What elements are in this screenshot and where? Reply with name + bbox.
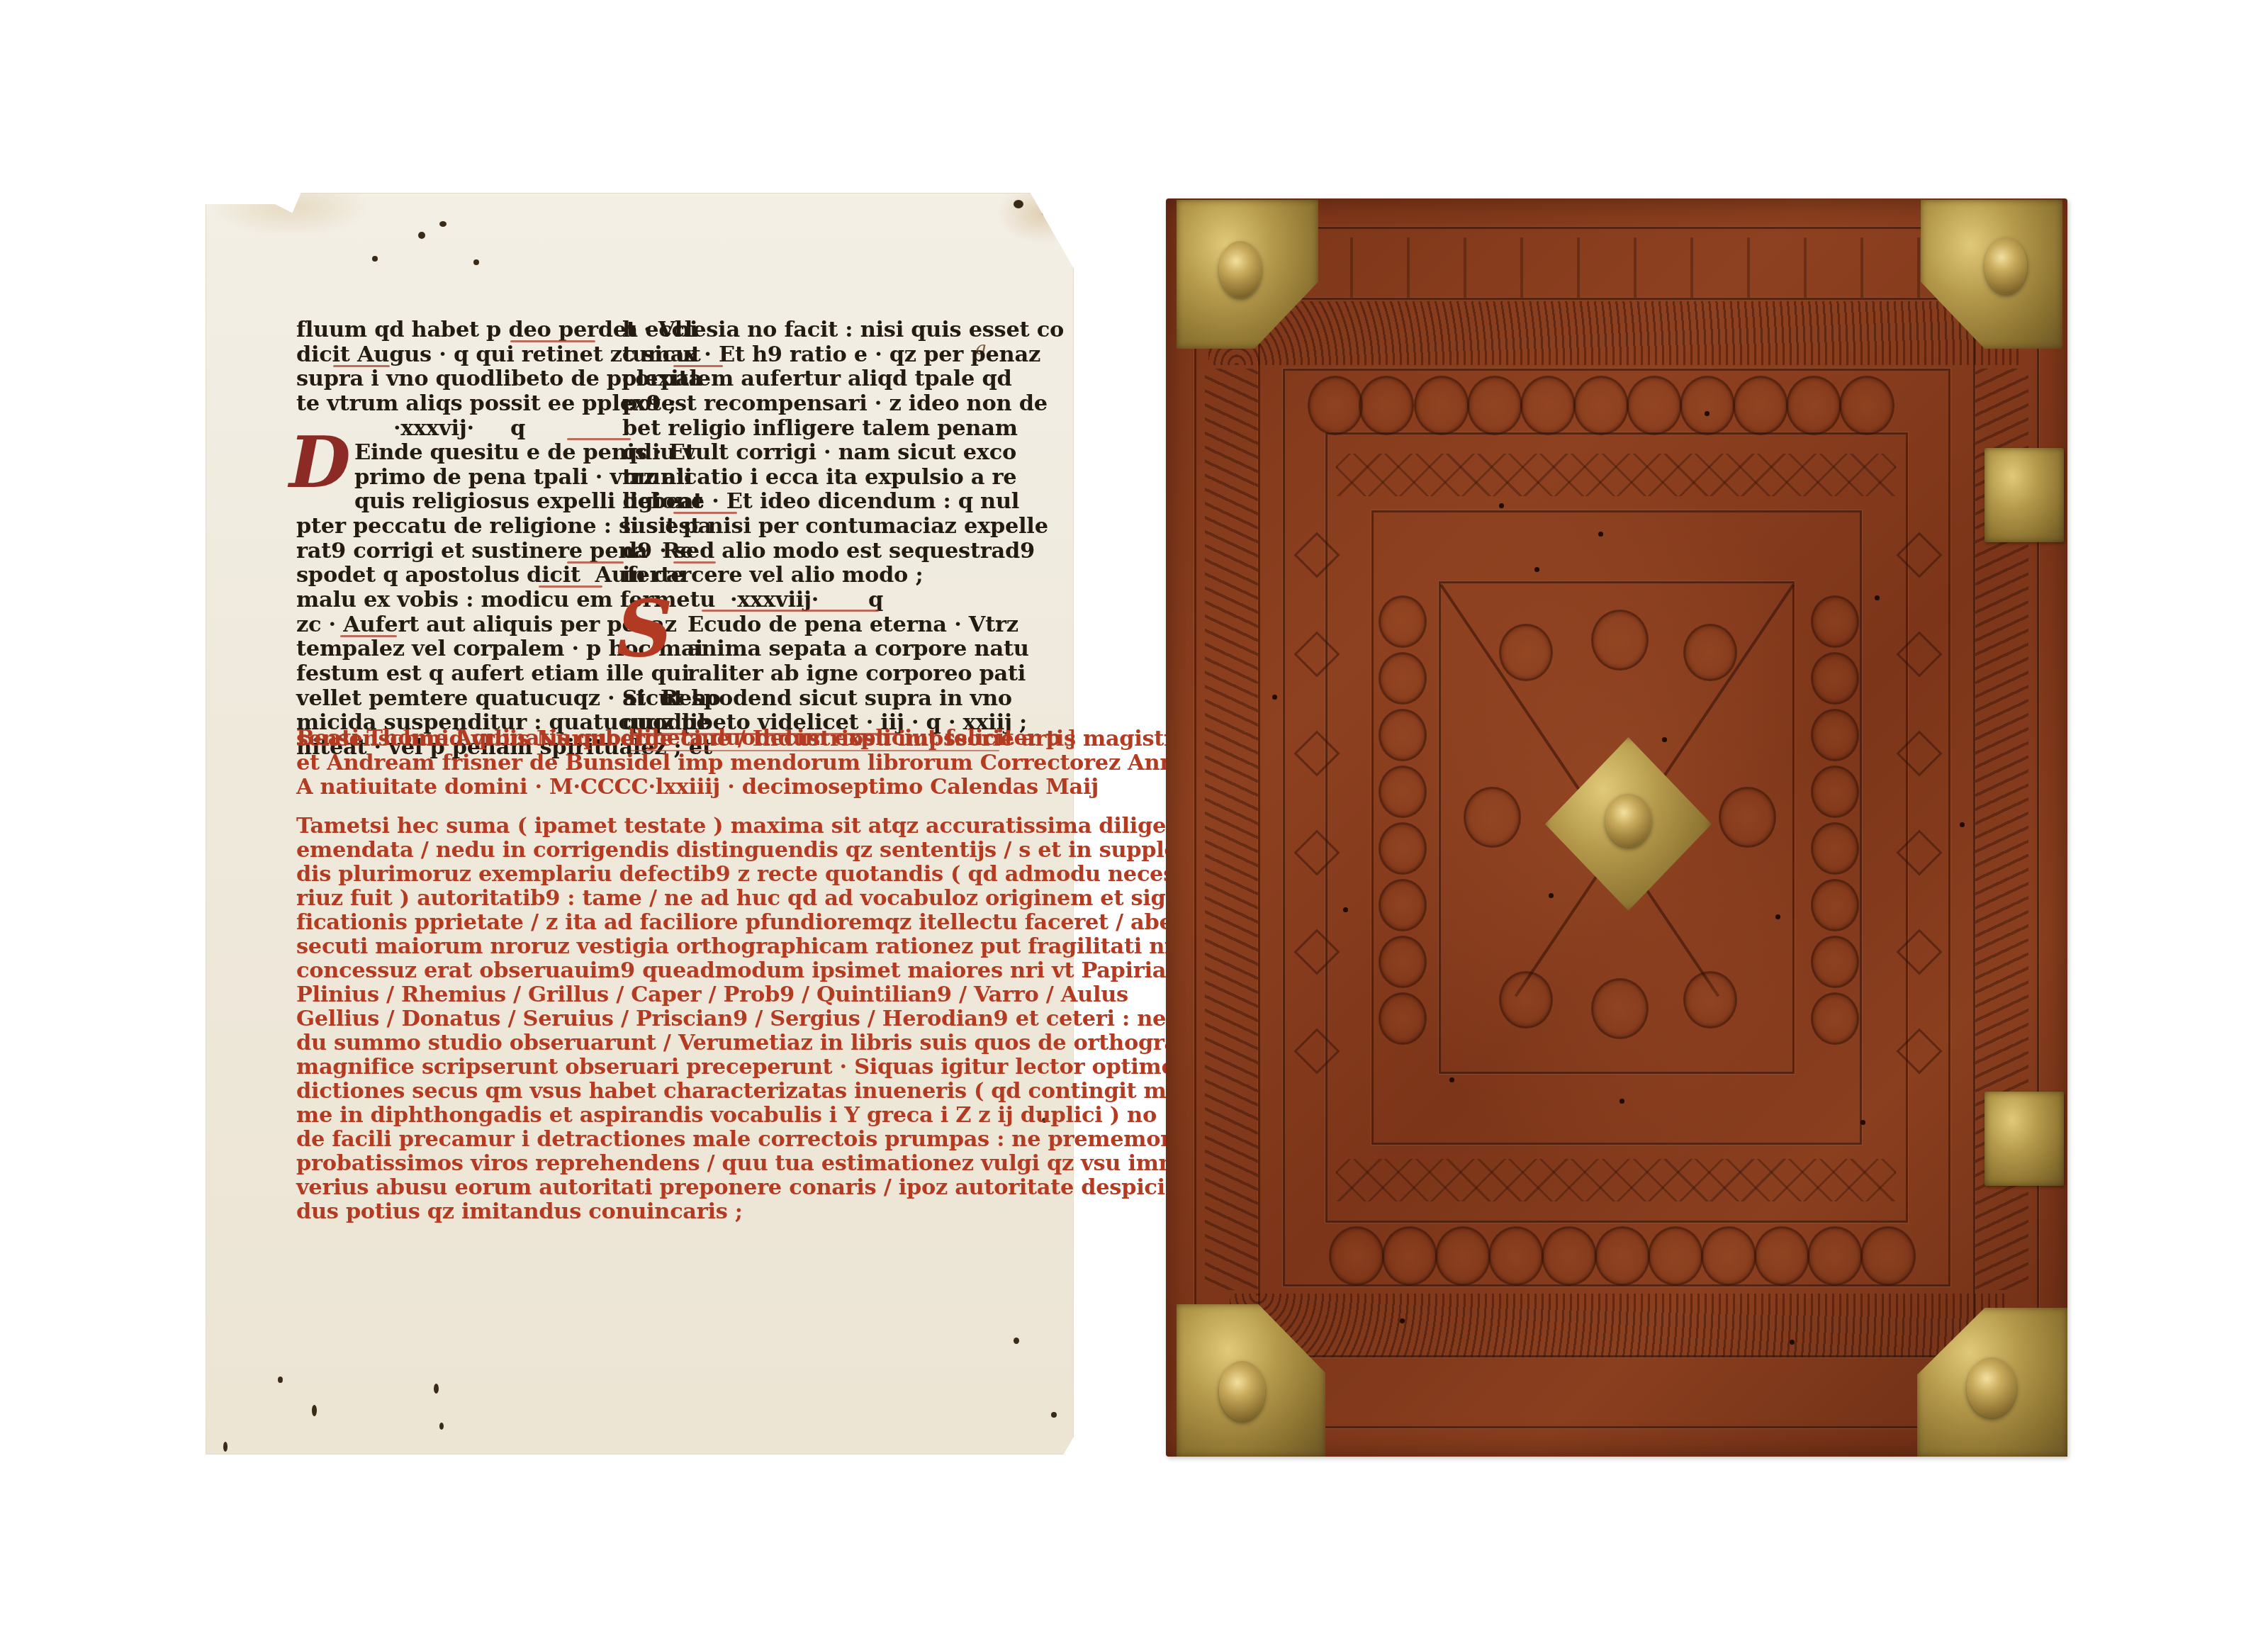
wormhole [372, 256, 378, 262]
animal-roundel [1807, 1226, 1863, 1286]
animal-roundel [1595, 1226, 1650, 1286]
question-number: ·xxxvij· [393, 416, 474, 441]
animal-roundel [1701, 1226, 1756, 1286]
epilogue-line: du summo studio obseruarunt / Verumetiaz… [296, 1031, 1230, 1055]
epilogue-line: de facili precamur i detractiones male c… [296, 1127, 1221, 1152]
animal-roundel [1520, 376, 1576, 435]
text-line: bet religio infligere talem penam [622, 416, 1018, 441]
animal-roundel [1733, 376, 1788, 435]
wormhole [439, 1423, 444, 1430]
clasp-catch-upper [1984, 448, 2064, 542]
wormhole [418, 232, 425, 239]
text-line: corpalem aufertur aliqd tpale qd [622, 366, 1011, 391]
animal-roundel [1542, 1226, 1597, 1286]
clasp-catch-lower [1984, 1092, 2064, 1186]
rosette-roundel [1811, 879, 1859, 931]
wormhole [1598, 532, 1603, 537]
rubric-underline [539, 585, 602, 588]
figure-roundel [1719, 787, 1776, 848]
animal-roundel [1648, 1226, 1703, 1286]
animal-roundel [1754, 1226, 1809, 1286]
lozenge-band [1336, 1159, 1896, 1201]
animal-roundel [1627, 376, 1682, 435]
epilogue-line: dis plurimoruz exemplariu defectib9 z re… [296, 862, 1201, 887]
wormhole [1042, 207, 1053, 217]
rubric-underline [673, 365, 723, 367]
wormhole [1705, 411, 1710, 416]
animal-roundel [1573, 376, 1629, 435]
corner-boss [1219, 1361, 1265, 1421]
animal-roundel [1680, 376, 1735, 435]
lozenge-band [1336, 454, 1896, 496]
epilogue-line: dictiones secus qm vsus habet characteri… [296, 1079, 1201, 1104]
epilogue-line: emendata / nedu in corrigendis distingue… [296, 838, 1193, 863]
rosette-roundel [1379, 879, 1427, 931]
palmette-band [1208, 301, 2023, 365]
wormhole [1790, 1340, 1795, 1345]
side-band-left [1205, 369, 1258, 1290]
animal-roundel [1467, 376, 1522, 435]
text-line: anima sepata a corpore natu [687, 637, 1029, 661]
rosette-roundel [1499, 971, 1553, 1029]
text-line: Ecudo de pena eterna · Vtrz [687, 612, 1018, 637]
rosette-roundel [1811, 992, 1859, 1045]
corner-boss [1219, 241, 1262, 298]
rosette-roundel [1811, 766, 1859, 818]
wormhole [1619, 1099, 1624, 1104]
text-line: tumax · Et h9 ratio e · qz per penaz [622, 342, 1040, 367]
text-line: d9 · sed alio modo est sequestrad9 [622, 539, 1035, 564]
epilogue-line: concessuz erat obseruauim9 queadmodum ip… [296, 958, 1211, 983]
figure-roundel [1464, 787, 1521, 848]
rosette-roundel [1811, 936, 1859, 988]
epilogue-line: verius abusu eorum autoritati preponere … [296, 1175, 1194, 1200]
rubric-underline [567, 438, 631, 440]
wormhole [434, 1384, 439, 1394]
wormhole [1014, 200, 1023, 208]
rubric-underline [702, 610, 879, 612]
wormhole [1549, 893, 1554, 898]
wormhole [1775, 914, 1780, 919]
wormhole [223, 1442, 228, 1452]
colophon-line: et Andream frisner de Bunsidel imp mendo… [296, 751, 1189, 775]
rosette-roundel [1811, 652, 1859, 705]
text-line: te vtrum aliqs possit ee pplex9 ; [296, 391, 676, 416]
wormhole [1960, 822, 1965, 827]
animal-roundel [1329, 1226, 1384, 1286]
animal-roundel [1382, 1226, 1437, 1286]
text-line: qdiu vult corrigi · nam sicut exco [622, 440, 1016, 465]
rubric-underline [567, 561, 624, 564]
epilogue-line: probatissimos viros reprehendens / quu t… [296, 1151, 1195, 1176]
animal-roundel [1488, 1226, 1544, 1286]
rosette-roundel [1379, 822, 1427, 875]
fleur-de-lis-band [1265, 237, 1967, 298]
rubric-underline [333, 365, 390, 367]
epilogue-line: Tametsi hec suma ( ipamet testate ) maxi… [296, 814, 1197, 839]
text-line: ligione · Et ideo dicendum : q nul [622, 489, 1019, 514]
wormhole [312, 1405, 317, 1416]
epilogue-line: riuz fuit ) autoritatib9 : tame / ne ad … [296, 886, 1189, 911]
initial-letter: S [617, 590, 673, 668]
animal-roundel [1860, 1226, 1916, 1286]
wormhole [1343, 907, 1348, 912]
text-line: at Respodend sicut supra in vno [622, 686, 1012, 711]
wormhole [1014, 1338, 1019, 1344]
text-line: municatio i ecca ita expulsio a re [622, 465, 1016, 490]
rubric-underline [673, 512, 737, 514]
rosette-roundel [1379, 652, 1427, 705]
wormhole [1051, 1412, 1057, 1418]
rosette-roundel [1811, 595, 1859, 648]
epilogue-line: me in diphthongadis et aspirandis vocabu… [296, 1103, 1157, 1128]
rosette-roundel [1811, 709, 1859, 761]
wormhole [1534, 567, 1539, 572]
wormhole [1860, 1120, 1865, 1125]
animal-roundel [1786, 376, 1841, 435]
figure-roundel [1591, 610, 1649, 671]
wormhole [1875, 595, 1880, 600]
epilogue-line: secuti maiorum nroruz vestigia orthograp… [296, 934, 1189, 959]
wormhole [893, 1469, 897, 1474]
rosette-roundel [1379, 766, 1427, 818]
rosette-roundel [1379, 936, 1427, 988]
wormhole [1499, 503, 1504, 508]
wormhole [473, 259, 479, 265]
rubric-underline [510, 340, 595, 342]
animal-roundel [1839, 376, 1894, 435]
epilogue-line: dus potius qz imitandus conuincaris ; [296, 1199, 743, 1224]
rosette-roundel [1379, 992, 1427, 1045]
figure-roundel [1591, 978, 1649, 1039]
rubric-underline [673, 561, 716, 564]
wormhole [278, 1377, 283, 1383]
wormhole [439, 221, 447, 227]
animal-roundel [1435, 1226, 1491, 1286]
rosette-roundel [1379, 709, 1427, 761]
colophon-line: sensenschmid vrbis Nurmberge ciue / Indu… [296, 727, 1191, 751]
wormhole [1272, 695, 1277, 700]
animal-roundel [1414, 376, 1469, 435]
palmette-band [1230, 1294, 2009, 1357]
epilogue-line: ficationis pprietate / z ita ad facilior… [296, 910, 1235, 935]
wormhole [1662, 737, 1667, 742]
q-marker: q [510, 416, 525, 441]
animal-roundel [1359, 376, 1414, 435]
wormhole [1400, 1318, 1405, 1323]
text-line: h ecclesia no facit : nisi quis esset co [622, 318, 1064, 342]
text-line: lus est nisi per contumaciaz expelle [622, 514, 1048, 539]
text-line: potest recompensari · z ideo non de [622, 391, 1048, 416]
q-marker: q [868, 588, 883, 612]
center-boss [1605, 794, 1651, 847]
rosette-roundel [1499, 624, 1553, 681]
initial-letter: D [289, 427, 351, 498]
epilogue-line: Plinius / Rhemius / Grillus / Caper / Pr… [296, 982, 1128, 1007]
rosette-roundel [1379, 595, 1427, 648]
text-line: raliter ab igne corporeo pati [687, 661, 1026, 686]
rosette-roundel [1683, 971, 1737, 1029]
epilogue-line: magnifice scripserunt obseruari preceper… [296, 1055, 1218, 1080]
corner-boss [1967, 1357, 2016, 1418]
rosette-roundel [1811, 822, 1859, 875]
epilogue-line: Gellius / Donatus / Seruius / Priscian9 … [296, 1007, 1166, 1031]
rosette-roundel [1683, 624, 1737, 681]
wormhole [1449, 1077, 1454, 1082]
animal-roundel [1308, 376, 1363, 435]
question-number: ·xxxviij· [730, 588, 819, 612]
rubric-underline [340, 635, 397, 637]
colophon-line: A natiuitate domini · M·CCCC·lxxiiij · d… [296, 775, 1099, 800]
corner-boss [1984, 237, 2027, 294]
